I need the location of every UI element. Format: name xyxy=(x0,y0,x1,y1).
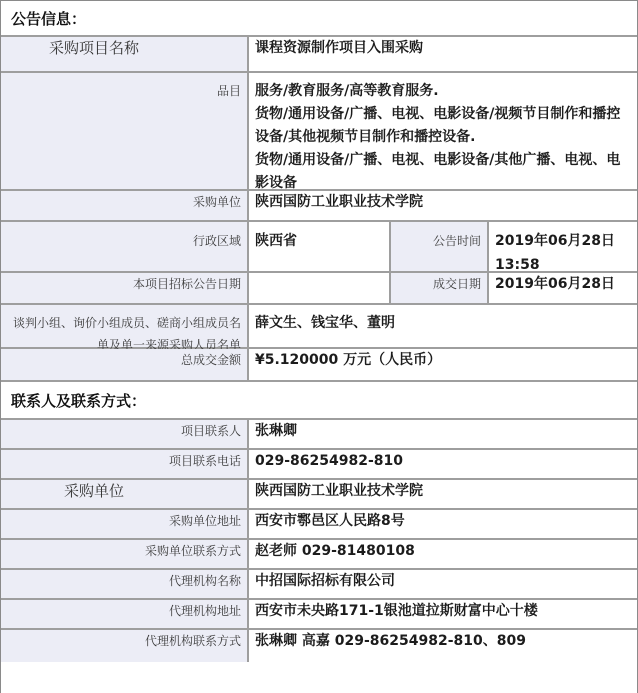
table-row-contact: 代理机构名称 中招国际招标有限公司 xyxy=(1,568,637,598)
field-label-total-amount: 总成交金额 xyxy=(1,349,247,380)
field-value-deal-date: 2019年06月28日 xyxy=(487,273,637,303)
field-value-announce-time: 2019年06月28日 13:58 xyxy=(487,222,637,271)
field-label-purchaser-contact: 采购单位联系方式 xyxy=(1,540,247,568)
field-value-total-amount: ¥5.120000 万元（人民币） xyxy=(247,349,637,380)
announcement-page: 公告信息： 采购项目名称 课程资源制作项目入围采购 品目 服务/教育服务/高等教… xyxy=(0,0,638,693)
field-label-purchaser-address: 采购单位地址 xyxy=(1,510,247,538)
field-label-agency-contact: 代理机构联系方式 xyxy=(1,630,247,662)
field-value-purchaser: 陕西国防工业职业技术学院 xyxy=(247,191,637,220)
field-value-project-contact: 张琳卿 xyxy=(247,420,637,448)
field-label-announce-time: 公告时间 xyxy=(389,222,487,271)
item-line: 货物/通用设备/广播、电视、电影设备/视频节目制作和播控设备/其他视频节目制作和… xyxy=(255,103,629,149)
field-value-agency-contact: 张琳卿 高嘉 029-86254982-810、809 xyxy=(247,630,637,662)
field-label-purchaser-unit: 采购单位 xyxy=(1,480,247,508)
section-header-announcement: 公告信息： xyxy=(1,1,637,35)
field-value-agency-name: 中招国际招标有限公司 xyxy=(247,570,637,598)
field-value-tender-date xyxy=(247,273,389,303)
field-label-project-contact: 项目联系人 xyxy=(1,420,247,448)
field-label-project-phone: 项目联系电话 xyxy=(1,450,247,478)
field-value-agency-address: 西安市未央路171-1银池道拉斯财富中心十楼 xyxy=(247,600,637,628)
field-label-agency-address: 代理机构地址 xyxy=(1,600,247,628)
field-value-purchaser-contact: 赵老师 029-81480108 xyxy=(247,540,637,568)
section-header-contacts: 联系人及联系方式： xyxy=(1,380,637,418)
table-row-purchaser: 采购单位 陕西国防工业职业技术学院 xyxy=(1,189,637,220)
field-value-project-name: 课程资源制作项目入围采购 xyxy=(247,37,637,71)
item-line: 服务/教育服务/高等教育服务. xyxy=(255,80,629,103)
field-value-region: 陕西省 xyxy=(247,222,389,271)
table-row-contact: 采购单位 陕西国防工业职业技术学院 xyxy=(1,478,637,508)
table-row-contact: 采购单位地址 西安市鄠邑区人民路8号 xyxy=(1,508,637,538)
table-row-contact: 项目联系电话 029-86254982-810 xyxy=(1,448,637,478)
field-label-tender-date: 本项目招标公告日期 xyxy=(1,273,247,303)
field-value-purchaser-address: 西安市鄠邑区人民路8号 xyxy=(247,510,637,538)
table-row-region-time: 行政区域 陕西省 公告时间 2019年06月28日 13:58 xyxy=(1,220,637,271)
field-value-panel-members: 薛文生、钱宝华、董明 xyxy=(247,305,637,347)
field-label-panel-members: 谈判小组、询价小组成员、磋商小组成员名单及单一来源采购人员名单 xyxy=(1,305,247,347)
item-line: 货物/通用设备/广播、电视、电影设备/其他广播、电视、电影设备 xyxy=(255,149,629,195)
field-label-deal-date: 成交日期 xyxy=(389,273,487,303)
table-row-contact: 代理机构地址 西安市未央路171-1银池道拉斯财富中心十楼 xyxy=(1,598,637,628)
field-label-project-name: 采购项目名称 xyxy=(1,37,247,71)
field-value-purchaser-unit: 陕西国防工业职业技术学院 xyxy=(247,480,637,508)
table-row-project-name: 采购项目名称 课程资源制作项目入围采购 xyxy=(1,35,637,71)
table-row-contact: 代理机构联系方式 张琳卿 高嘉 029-86254982-810、809 xyxy=(1,628,637,662)
table-row-contact: 项目联系人 张琳卿 xyxy=(1,418,637,448)
table-row-tender-deal-date: 本项目招标公告日期 成交日期 2019年06月28日 xyxy=(1,271,637,303)
field-label-agency-name: 代理机构名称 xyxy=(1,570,247,598)
table-row-items: 品目 服务/教育服务/高等教育服务. 货物/通用设备/广播、电视、电影设备/视频… xyxy=(1,71,637,189)
field-value-project-phone: 029-86254982-810 xyxy=(247,450,637,478)
field-label-items: 品目 xyxy=(1,73,247,189)
field-value-items: 服务/教育服务/高等教育服务. 货物/通用设备/广播、电视、电影设备/视频节目制… xyxy=(247,73,637,189)
table-row-contact: 采购单位联系方式 赵老师 029-81480108 xyxy=(1,538,637,568)
table-row-panel-members: 谈判小组、询价小组成员、磋商小组成员名单及单一来源采购人员名单 薛文生、钱宝华、… xyxy=(1,303,637,347)
field-label-purchaser: 采购单位 xyxy=(1,191,247,220)
table-row-total-amount: 总成交金额 ¥5.120000 万元（人民币） xyxy=(1,347,637,380)
field-label-region: 行政区域 xyxy=(1,222,247,271)
